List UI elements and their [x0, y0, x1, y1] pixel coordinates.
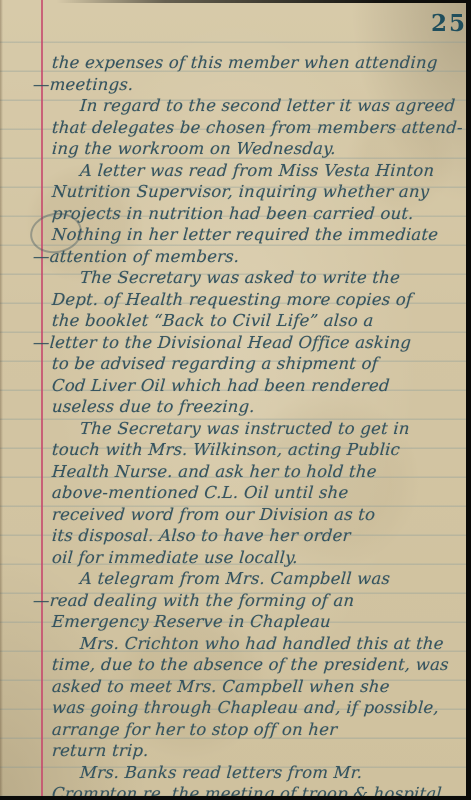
- handwriting-line: A telegram from Mrs. Campbell was: [0, 568, 471, 590]
- handwriting-line: was going through Chapleau and, if possi…: [0, 697, 471, 719]
- handwriting-line: —attention of members.: [0, 246, 471, 268]
- handwriting-line: useless due to freezing.: [0, 396, 471, 418]
- handwriting-line: Cod Liver Oil which had been rendered: [0, 375, 471, 397]
- handwriting-line: A letter was read from Miss Vesta Hinton: [0, 160, 471, 182]
- handwriting-line: projects in nutrition had been carried o…: [0, 203, 471, 225]
- handwriting-line: —meetings.: [0, 74, 471, 96]
- handwriting-line: time, due to the absence of the presiden…: [0, 654, 471, 676]
- handwriting-line: return trip.: [0, 740, 471, 762]
- handwriting-line: ing the workroom on Wednesday.: [0, 138, 471, 160]
- handwriting-line: above-mentioned C.L. Oil until she: [0, 482, 471, 504]
- handwriting-line: The Secretary was instructed to get in: [0, 418, 471, 440]
- handwriting-line: Emergency Reserve in Chapleau: [0, 611, 471, 633]
- handwriting-line: arrange for her to stop off on her: [0, 719, 471, 741]
- handwriting-line: —letter to the Divisional Head Office as…: [0, 332, 471, 354]
- handwriting-line: the expenses of this member when attendi…: [0, 52, 471, 74]
- handwriting-line: —read dealing with the forming of an: [0, 590, 471, 612]
- handwriting-line: Mrs. Banks read letters from Mr.: [0, 762, 471, 784]
- handwritten-text-block: the expenses of this member when attendi…: [0, 52, 471, 800]
- handwriting-line: Nutrition Supervisor, inquiring whether …: [0, 181, 471, 203]
- top-scan-border: [0, 0, 471, 3]
- handwriting-line: oil for immediate use locally.: [0, 547, 471, 569]
- handwriting-line: the booklet “Back to Civil Life” also a: [0, 310, 471, 332]
- handwriting-line: its disposal. Also to have her order: [0, 525, 471, 547]
- handwriting-line: asked to meet Mrs. Campbell when she: [0, 676, 471, 698]
- handwriting-line: Nothing in her letter required the immed…: [0, 224, 471, 246]
- handwriting-line: to be advised regarding a shipment of: [0, 353, 471, 375]
- handwriting-line: received word from our Division as to: [0, 504, 471, 526]
- handwriting-line: In regard to the second letter it was ag…: [0, 95, 471, 117]
- bottom-scan-border: [0, 796, 471, 800]
- handwriting-line: that delegates be chosen from members at…: [0, 117, 471, 139]
- handwriting-line: touch with Mrs. Wilkinson, acting Public: [0, 439, 471, 461]
- page-number: 257: [431, 10, 471, 37]
- notebook-page-scan: 257 the expenses of this member when att…: [0, 0, 471, 800]
- right-scan-border: [466, 0, 471, 800]
- left-edge-shadow: [0, 0, 3, 800]
- handwriting-line: Health Nurse. and ask her to hold the: [0, 461, 471, 483]
- handwriting-line: Dept. of Health requesting more copies o…: [0, 289, 471, 311]
- handwriting-line: The Secretary was asked to write the: [0, 267, 471, 289]
- handwriting-line: Mrs. Crichton who had handled this at th…: [0, 633, 471, 655]
